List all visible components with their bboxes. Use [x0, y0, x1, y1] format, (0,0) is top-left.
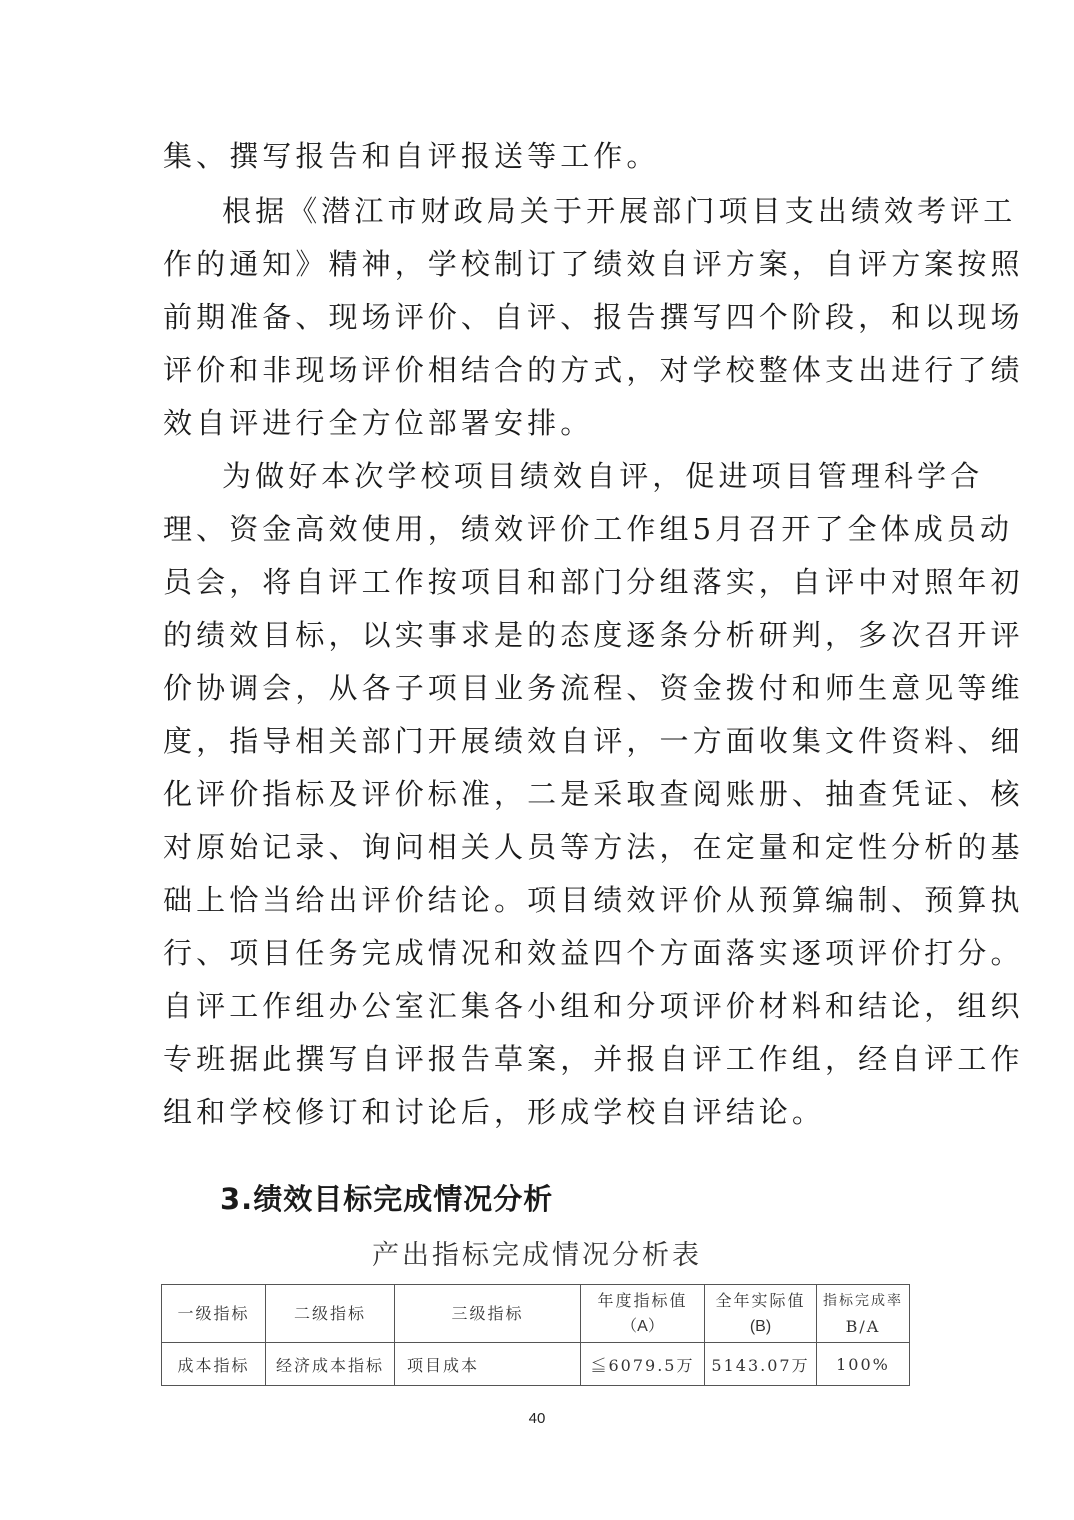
paragraph-line: 自评工作组办公室汇集各小组和分项评价材料和结论，组织 [163, 987, 913, 1025]
paragraph-line: 础上恰当给出评价结论。项目绩效评价从预算编制、预算执 [163, 881, 913, 919]
table-header-row: 一级指标 二级指标 三级指标 年度指标值 （A） 全年实际值 (B) 指标完成率… [162, 1285, 910, 1343]
table-title: 产出指标完成情况分析表 [0, 1238, 1074, 1274]
paragraph-line: 效自评进行全方位部署安排。 [163, 404, 913, 442]
paragraph-line: 为做好本次学校项目绩效自评，促进项目管理科学合 [222, 457, 972, 495]
paragraph-line: 理、资金高效使用，绩效评价工作组5月召开了全体成员动 [163, 510, 913, 548]
paragraph-line: 前期准备、现场评价、自评、报告撰写四个阶段，和以现场 [163, 298, 913, 336]
paragraph-line: 集、撰写报告和自评报送等工作。 [163, 137, 913, 175]
cell-level2: 经济成本指标 [266, 1343, 395, 1386]
paragraph-line: 度，指导相关部门开展绩效自评，一方面收集文件资料、细 [163, 722, 913, 760]
paragraph-line: 组和学校修订和讨论后，形成学校自评结论。 [163, 1093, 913, 1131]
cell-level1: 成本指标 [162, 1343, 266, 1386]
header-completion-rate-formula: B/A [817, 1314, 909, 1340]
page-number: 40 [0, 1410, 1074, 1427]
header-annual-target-symbol: （A） [581, 1314, 704, 1340]
header-actual-value-symbol: (B) [705, 1314, 816, 1340]
header-level2: 二级指标 [266, 1285, 395, 1343]
paragraph-line: 作的通知》精神，学校制订了绩效自评方案，自评方案按照 [163, 245, 913, 283]
header-annual-target: 年度指标值 （A） [581, 1285, 705, 1343]
paragraph-line: 对原始记录、询问相关人员等方法，在定量和定性分析的基 [163, 828, 913, 866]
output-indicator-table: 一级指标 二级指标 三级指标 年度指标值 （A） 全年实际值 (B) 指标完成率… [161, 1284, 910, 1386]
cell-completion-rate: 100% [817, 1343, 910, 1386]
document-page: 集、撰写报告和自评报送等工作。 根据《潜江市财政局关于开展部门项目支出绩效考评工… [0, 0, 1074, 1520]
section-heading: 3.绩效目标完成情况分析 [220, 1180, 553, 1218]
paragraph-line: 行、项目任务完成情况和效益四个方面落实逐项评价打分。 [163, 934, 913, 972]
cell-level3: 项目成本 [395, 1343, 581, 1386]
header-level1: 一级指标 [162, 1285, 266, 1343]
header-annual-target-label: 年度指标值 [581, 1288, 704, 1314]
cell-annual-target: ≦6079.5万 [581, 1343, 705, 1386]
paragraph-line: 化评价指标及评价标准，二是采取查阅账册、抽查凭证、核 [163, 775, 913, 813]
paragraph-line: 专班据此撰写自评报告草案，并报自评工作组，经自评工作 [163, 1040, 913, 1078]
header-completion-rate: 指标完成率 B/A [817, 1285, 910, 1343]
paragraph-line: 员会，将自评工作按项目和部门分组落实，自评中对照年初 [163, 563, 913, 601]
paragraph-line: 评价和非现场评价相结合的方式，对学校整体支出进行了绩 [163, 351, 913, 389]
header-actual-value: 全年实际值 (B) [705, 1285, 817, 1343]
cell-actual-value: 5143.07万 [705, 1343, 817, 1386]
paragraph-line: 的绩效目标，以实事求是的态度逐条分析研判，多次召开评 [163, 616, 913, 654]
paragraph-line: 价协调会，从各子项目业务流程、资金拨付和师生意见等维 [163, 669, 913, 707]
paragraph-line: 根据《潜江市财政局关于开展部门项目支出绩效考评工 [222, 192, 972, 230]
header-completion-rate-label: 指标完成率 [817, 1288, 909, 1314]
table-row: 成本指标 经济成本指标 项目成本 ≦6079.5万 5143.07万 100% [162, 1343, 910, 1386]
header-actual-value-label: 全年实际值 [705, 1288, 816, 1314]
header-level3: 三级指标 [395, 1285, 581, 1343]
